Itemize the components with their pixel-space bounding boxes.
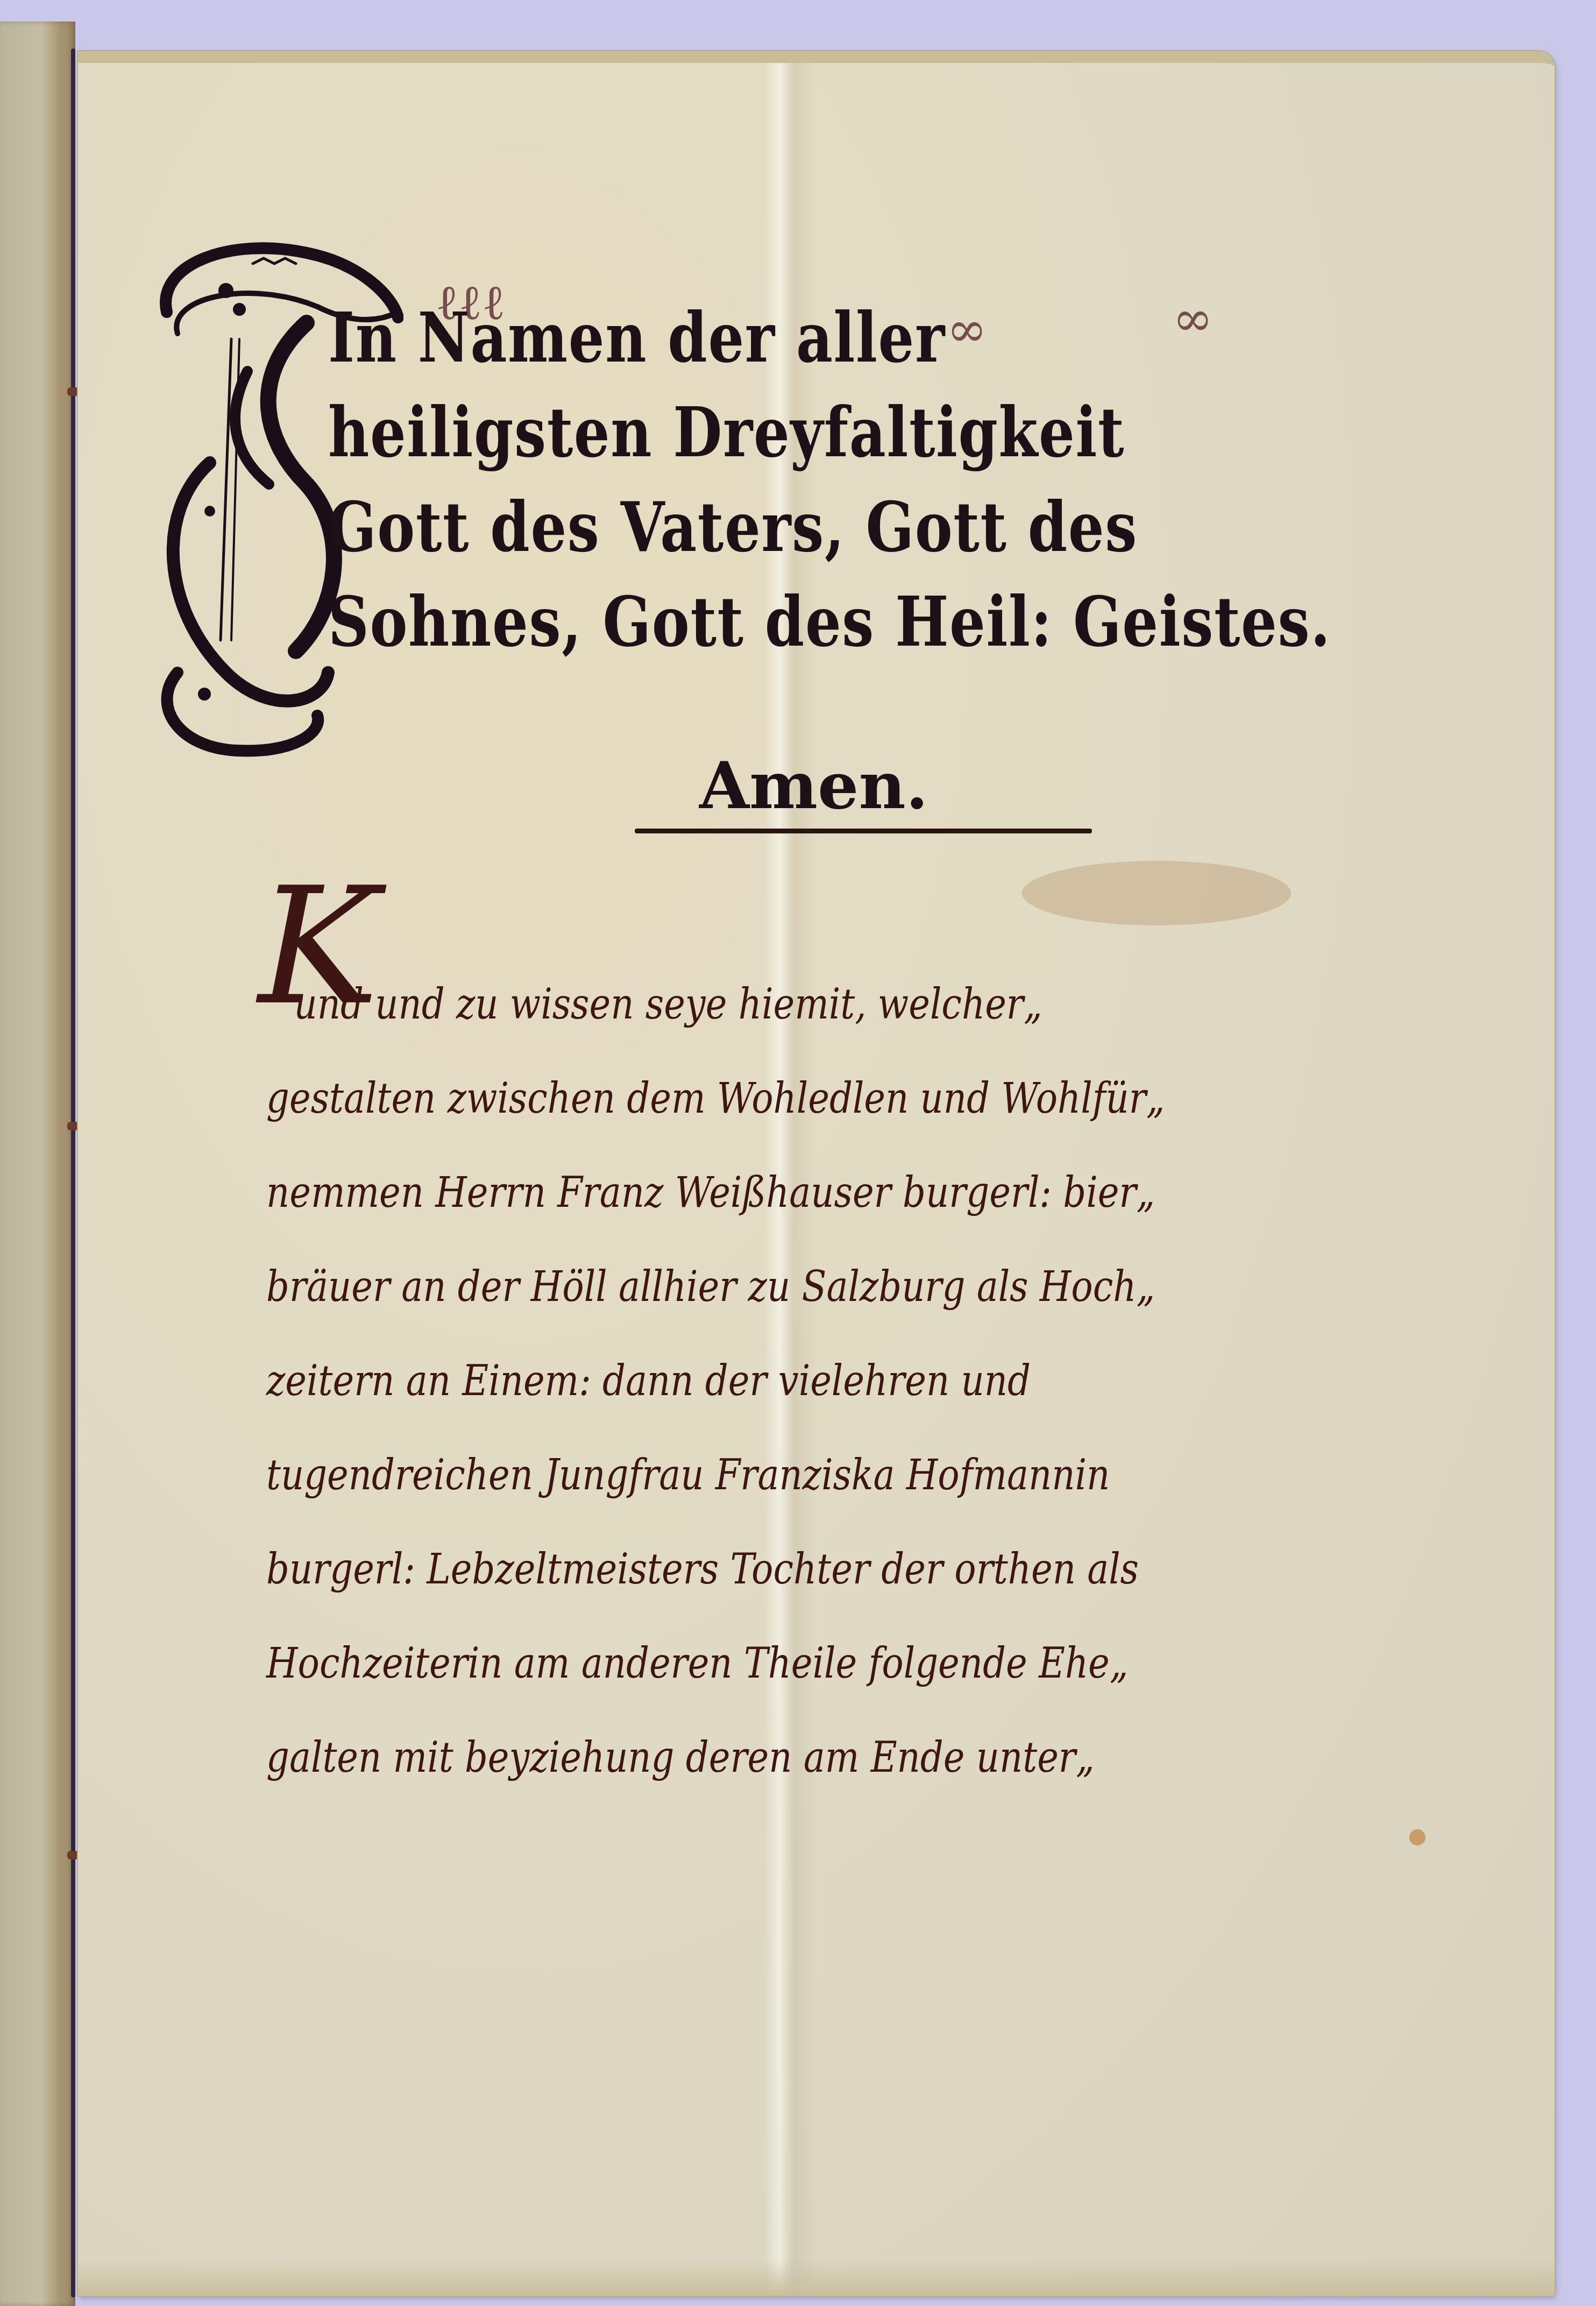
heading-divider bbox=[635, 829, 1092, 833]
body-line: tugendreichen Jungfrau Franziska Hofmann… bbox=[266, 1428, 1261, 1523]
amen-closing: Amen. bbox=[699, 748, 928, 824]
binding-stitch bbox=[67, 387, 79, 396]
heading-line: heiligsten Dreyfaltigkeit bbox=[328, 385, 1232, 480]
body-line: zeitern an Einem: dann der vielehren und bbox=[266, 1334, 1261, 1428]
binding-stitch bbox=[67, 1122, 79, 1130]
ink-stain bbox=[1022, 861, 1291, 925]
heading-line: Sohnes, Gott des Heil: Geistes. bbox=[328, 575, 1232, 669]
body-line: galten mit beyziehung deren am Ende unte… bbox=[266, 1711, 1261, 1805]
heading-line: Gott des Vaters, Gott des bbox=[328, 480, 1232, 575]
body-line: gestalten zwischen dem Wohledlen und Woh… bbox=[266, 1052, 1261, 1146]
binding-stitch bbox=[67, 1851, 79, 1859]
body-line: Hochzeiterin am anderen Theile folgende … bbox=[266, 1617, 1261, 1711]
contract-body-text: und und zu wissen seye hiemit, welcher„ … bbox=[266, 958, 1423, 1805]
body-line: und und zu wissen seye hiemit, welcher„ bbox=[266, 958, 1261, 1052]
heading-line: In Namen der aller bbox=[328, 291, 1232, 385]
binding-backing bbox=[0, 22, 75, 2306]
foxing-spot bbox=[1409, 1829, 1425, 1845]
body-line: nemmen Herrn Franz Weißhauser burgerl: b… bbox=[266, 1146, 1261, 1240]
invocation-heading: In Namen der aller heiligsten Dreyfaltig… bbox=[328, 291, 1431, 669]
body-line: burgerl: Lebzeltmeisters Tochter der ort… bbox=[266, 1523, 1261, 1617]
body-line: bräuer an der Höll allhier zu Salzburg a… bbox=[266, 1240, 1261, 1334]
binding-spine bbox=[71, 48, 75, 2297]
